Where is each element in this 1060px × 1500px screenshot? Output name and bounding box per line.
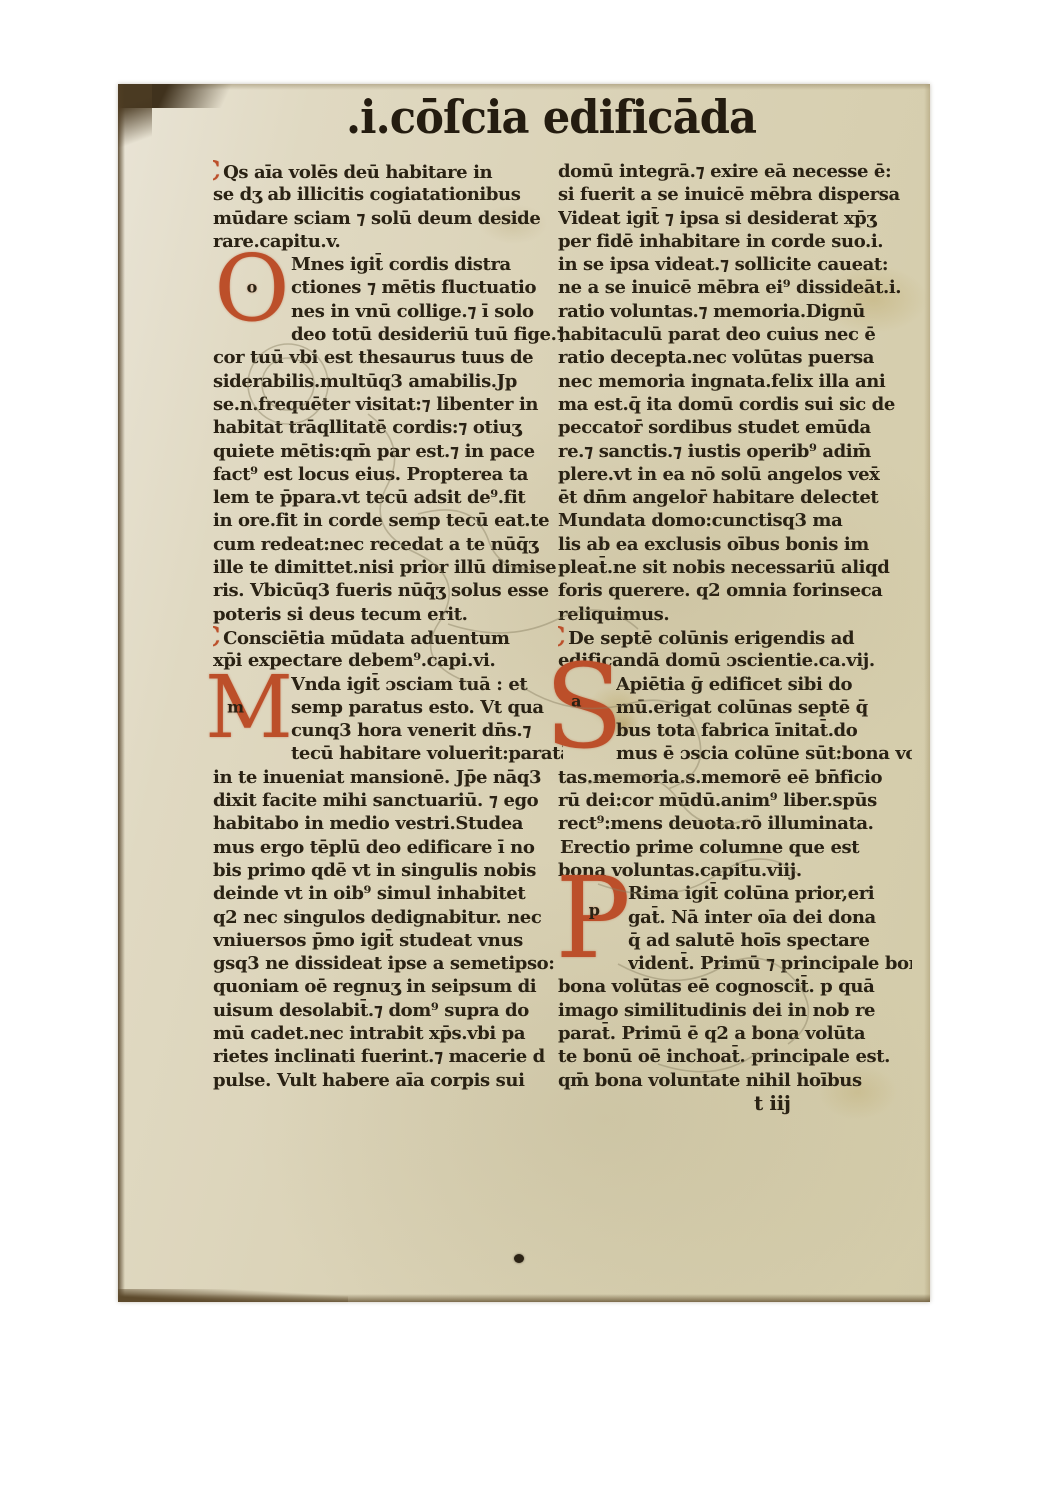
guide-letter: p [589,900,600,919]
text-line: gat̄. Nā inter oīa dei dona [628,906,912,929]
text-line: in te inueniat mansionē. Jp̄e nāq3 [213,766,563,789]
text-line: nes in vnū collige.⁊ ī solo [291,300,563,323]
text-line: vniuersos p̄mo igit̄ studeat vnus [213,929,563,952]
text-line: mus ē ɔscia colūne sūt:bona volū [616,742,912,765]
text-line: imago similitudinis dei in nob re [558,999,912,1022]
text-line: pulse. Vult habere aīa corpis sui [213,1069,563,1092]
text-line: ratio decepta.nec volūtas puersa [558,346,912,369]
text-line: deo totū desideriū tuū fige.⁊ ibi fit [291,323,563,346]
text-line: per fidē inhabitare in corde suo.i. [558,230,912,253]
guide-letter: o [247,278,258,297]
text-line: nec memoria ingnata.felix illa ani [558,370,912,393]
text-line: q̄ ad salutē hoīs spectare [628,929,912,952]
text-line: Rima igit̄ colūna prior,eri [628,882,912,905]
text-line: in se ipsa videat.⁊ sollicite caueat: [558,253,912,276]
text-line: fact⁹ est locus eius. Propterea ta [213,463,563,486]
text-line: lis ab ea exclusis oībus bonis im [558,533,912,556]
text-line: ne a se inuicē mēbra ei⁹ dissideāt.i. [558,276,912,299]
text-line: mus ergo tēplū deo edificare ī no [213,836,563,859]
paragraph: PpRima igit̄ colūna prior,erigat̄. Nā in… [558,882,912,1092]
text-line: Videat igit̄ ⁊ ipsa si desiderat xp̄ʒ [558,207,912,230]
page-right-edge-shadow [924,84,930,1302]
text-line: habitaculū parat deo cuius nec ē [558,323,912,346]
text-line: cor tuū vbi est thesaurus tuus de [213,346,563,369]
text-line: te bonū oē inchoat̄. principale est. [558,1045,912,1068]
text-line: ēt dn̄m angelor̄ habitare delectet [558,486,912,509]
text-line: parat̄. Primū ē q2 a bona volūta [558,1022,912,1045]
text-line: ma est.q̄ ita domū cordis sui sic de [558,393,912,416]
text-line: se.n.frequēter visitat:⁊ libenter in [213,393,563,416]
initial-letter-o: Oo [213,253,291,323]
text-line: habitat trāqllitatē cordis:⁊ otiuʒ [213,416,563,439]
text-line: plere.vt in ea nō solū angelos vex̄ [558,463,912,486]
text-line: uisum desolabit̄.⁊ dom⁹ supra do [213,999,563,1022]
text-line: ille te dimittet.nisi prior illū dimise [213,556,563,579]
scan-canvas: .i.cōſcia edificāda CQs aīa volēs deū ha… [0,0,1060,1500]
text-line: si fuerit a se inuicē mēbra dispersa [558,183,912,206]
text-line: tecū habitare voluerit:paratā sibi [291,742,563,765]
text-line: Mnes igit̄ cordis distra [291,253,563,276]
text-line: bis primo qdē vt in singulis nobis [213,859,563,882]
text-line: quoniam oē regnuʒ in seipsum di [213,975,563,998]
text-line: lem te p̄para.vt tecū adsit de⁹.fit [213,486,563,509]
page-title: .i.cōſcia edificāda [346,90,756,144]
text-line: CConsciētia mūdata aduentum [213,626,563,649]
paragraph: MmVnda igit̄ ɔsciam tuā : etsemp paratus… [213,673,563,1092]
text-line: re.⁊ sanctis.⁊ iustis operib⁹ adim̄ [558,440,912,463]
text-line: siderabilis.multūq3 amabilis.Jp [213,370,563,393]
column-right: domū integrā.⁊ exire eā necesse ē:si fue… [558,160,912,1115]
text-line: mū cadet.nec intrabit xp̄s.vbi pa [213,1022,563,1045]
text-line: pleat̄.ne sit nobis necessariū aliqd [558,556,912,579]
page-left-edge-shadow [118,84,125,1302]
text-line: gsq3 ne dissideat ipse a semetipso: [213,952,563,975]
text-line: mūdare sciam ⁊ solū deum deside [213,207,563,230]
text-line: quiete mētis:qm̄ par est.⁊ in pace [213,440,563,463]
text-line: Vnda igit̄ ɔsciam tuā : et [291,673,563,696]
book-page: .i.cōſcia edificāda CQs aīa volēs deū ha… [118,84,930,1302]
text-line: qm̄ bona voluntate nihil hoībus [558,1069,912,1092]
paragraph: SaApiētia ḡ edificet sibi domū.erigat co… [558,673,912,836]
text-line: vident̄. Primū ⁊ principale bonū [628,952,912,975]
pilcrow-mark: C [213,626,220,649]
text-line: cum redeat:nec recedat a te nūq̄ʒ [213,533,563,556]
text-line: cunq3 hora venerit dn̄s.⁊ [291,719,563,742]
text-line: Apiētia ḡ edificet sibi do [616,673,912,696]
column-left: CQs aīa volēs deū habitare inse dʒ ab il… [213,160,563,1092]
text-line: ratio voluntas.⁊ memoria.Dignū [558,300,912,323]
text-line: bus tota fabrica īnitat̄.do [616,719,912,742]
text-line: dixit facite mihi sanctuariū. ⁊ ego [213,789,563,812]
paragraph: domū integrā.⁊ exire eā necesse ē:si fue… [558,160,912,626]
bottom-left-corner-shadow [118,1289,348,1302]
text-line: in ore.fit in corde semp tecū eat.te [213,509,563,532]
guide-letter: a [571,691,581,710]
text-line: habitabo in medio vestri.Studea [213,812,563,835]
text-line: ctiones ⁊ mētis fluctuatio [291,276,563,299]
text-line: rietes inclinati fuerint.⁊ macerie d [213,1045,563,1068]
text-line: se dʒ ab illicitis cogiatationibus [213,183,563,206]
initial-letter-s: Sa [552,673,616,743]
text-line: CQs aīa volēs deū habitare in [213,160,563,183]
text-line: q2 nec singulos dedignabitur. nec [213,906,563,929]
paragraph: t iij [558,1092,912,1115]
text-line: rect⁹:mens deuota.rō illuminata. [558,812,912,835]
initial-letter-m: Mm [207,673,291,743]
text-line: domū integrā.⁊ exire eā necesse ē: [558,160,912,183]
signature-mark: t iij [558,1092,912,1115]
guide-letter: m [227,697,244,716]
text-line: Mundata domo:cunctisq3 ma [558,509,912,532]
text-line: ris. Vbicūq3 fueris nūq̄ʒ solus esse [213,579,563,602]
text-line: poteris si deus tecum erit. [213,603,563,626]
text-line: deinde vt in oib⁹ simul inhabitet [213,882,563,905]
text-line: reliquimus. [558,603,912,626]
text-line: semp paratus esto. Vt qua [291,696,563,719]
text-line: rū dei:cor mūdū.anim⁹ liber.spūs [558,789,912,812]
pilcrow-mark: C [213,160,220,183]
paragraph: OoMnes igit̄ cordis distractiones ⁊ mēti… [213,253,563,626]
ink-dot [514,1254,524,1263]
text-line: mū.erigat colūnas septē q̄ [616,696,912,719]
text-line: foris querere. q2 omnia forinseca [558,579,912,602]
text-line: peccator̄ sordibus studet emūda [558,416,912,439]
initial-letter-p: Pp [558,884,628,954]
